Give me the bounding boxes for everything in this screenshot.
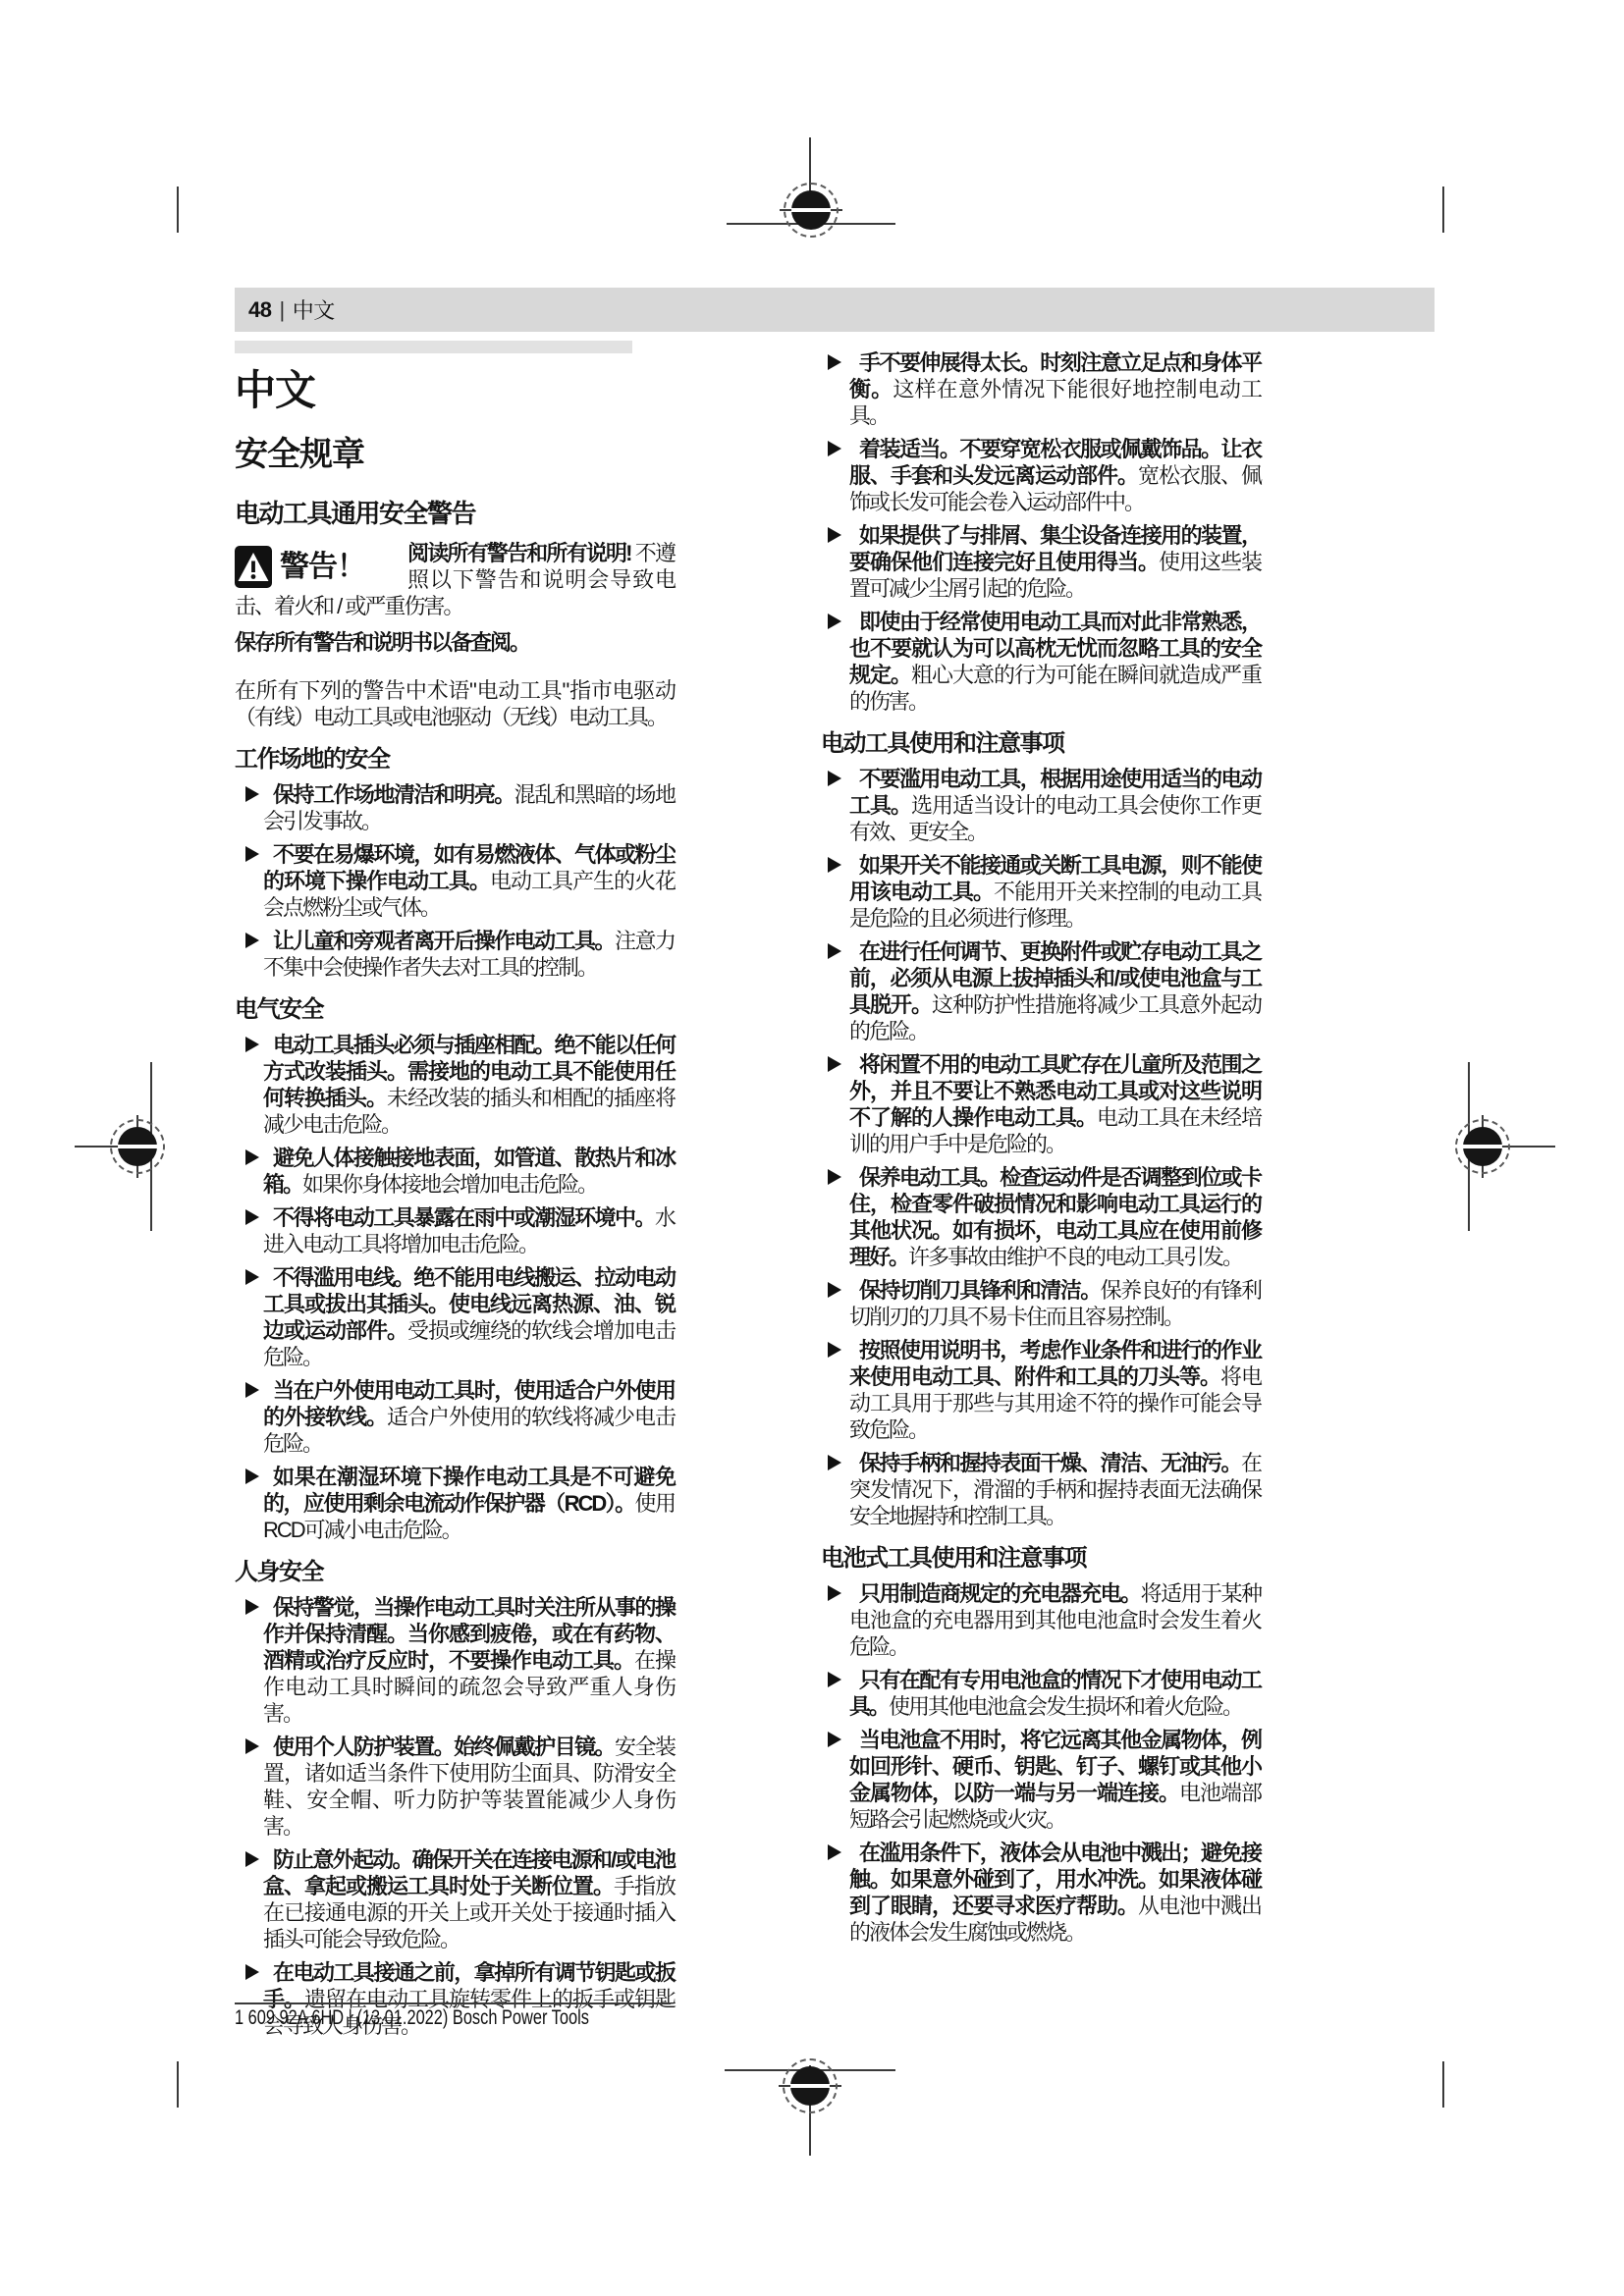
item-bold-text: 保持切削刀具锋利和清洁。: [859, 1278, 1101, 1303]
triangle-right-icon: [828, 441, 841, 456]
warning-text-bold: 阅读所有警告和所有说明!: [407, 541, 630, 565]
item-bold-text: 保持工作场地清洁和明亮。: [273, 782, 514, 807]
safety-bullet-item: 当在户外使用电动工具时，使用适合户外使用的外接软线。适合户外使用的软线将减少电击…: [235, 1377, 675, 1457]
section-title: 安全规章: [235, 434, 675, 475]
header-separator: |: [279, 297, 284, 323]
footer-rule: [235, 2002, 671, 2004]
trim-line-top-right: [1442, 187, 1444, 233]
safety-bullet-item: 即使由于经常使用电动工具而对此非常熟悉，也不要就认为可以高枕无忧而忽略工具的安全…: [821, 609, 1261, 715]
triangle-right-icon: [245, 933, 259, 948]
safety-bullet-item: 当电池盒不用时，将它远离其他金属物体，例如回形针、硬币、钥匙、钉子、螺钉或其他小…: [821, 1727, 1261, 1833]
item-bold-text: 保持警觉，当操作电动工具时关注所从事的操作并保持清醒。当你感到疲倦，或在有药物、…: [263, 1595, 675, 1673]
trim-line-top-left: [177, 187, 179, 233]
safety-bullet-item: 避免人体接触接地表面，如管道、散热片和冰箱。如果你身体接地会增加电击危险。: [235, 1145, 675, 1198]
safety-bullet-item: 保持手柄和握持表面干燥、清洁、无油污。在突发情况下，滑溜的手柄和握持表面无法确保…: [821, 1450, 1261, 1529]
keep-instructions-note: 保存所有警告和说明书以备查阅。: [235, 629, 675, 656]
triangle-right-icon: [828, 1282, 841, 1298]
triangle-right-icon: [245, 1382, 259, 1398]
triangle-right-icon: [828, 1672, 841, 1687]
triangle-right-icon: [245, 1149, 259, 1165]
item-normal-text: 选用适当设计的电动工具会使你工作更有效、更安全。: [849, 793, 1261, 844]
safety-bullet-item: 不要在易爆环境，如有易燃液体、气体或粉尘的环境下操作电动工具。电动工具产生的火花…: [235, 841, 675, 921]
safety-bullet-item: 保持工作场地清洁和明亮。混乱和黑暗的场地会引发事故。: [235, 781, 675, 834]
safety-bullet-item: 只有在配有专用电池盒的情况下才使用电动工具。使用其他电池盒会发生损坏和着火危险。: [821, 1667, 1261, 1720]
subsection-title: 电动工具通用安全警告: [235, 499, 675, 528]
triangle-right-icon: [245, 1964, 259, 1980]
group-heading: 人身安全: [235, 1559, 675, 1586]
triangle-right-icon: [245, 1851, 259, 1867]
triangle-right-icon: [245, 1269, 259, 1285]
safety-bullet-item: 在滥用条件下，液体会从电池中溅出；避免接触。如果意外碰到了，用水冲洗。如果液体碰…: [821, 1840, 1261, 1946]
safety-bullet-item: 电动工具插头必须与插座相配。绝不能以任何方式改装插头。需接地的电动工具不能使用任…: [235, 1032, 675, 1138]
terminology-note: 在所有下列的警告中术语"电动工具"指市电驱动（有线）电动工具或电池驱动（无线）电…: [235, 677, 675, 730]
item-bold-text: 按照使用说明书，考虑作业条件和进行的作业来使用电动工具、附件和工具的刀头等。: [849, 1338, 1261, 1389]
safety-bullet-item: 防止意外起动。确保开关在连接电源和/或电池盒、拿起或搬运工具时处于关断位置。手指…: [235, 1846, 675, 1952]
item-bold-text: 不得将电动工具暴露在雨中或潮湿环境中。: [273, 1205, 655, 1230]
safety-bullet-item: 保养电动工具。检查运动件是否调整到位或卡住，检查零件破损情况和影响电动工具运行的…: [821, 1164, 1261, 1270]
triangle-right-icon: [828, 527, 841, 543]
triangle-right-icon: [828, 943, 841, 959]
item-bold-text: 如果在潮湿环境下操作电动工具是不可避免的，应使用剩余电流动作保护器（RCD）。: [263, 1465, 675, 1516]
item-normal-text: 粗心大意的行为可能在瞬间就造成严重的伤害。: [849, 663, 1261, 714]
item-bold-text: 只用制造商规定的充电器充电。: [859, 1581, 1141, 1606]
triangle-right-icon: [828, 1169, 841, 1185]
warning-badge: 警告！: [235, 540, 407, 593]
warning-callout: 警告！ 阅读所有警告和所有说明! 不遵照以下警告和说明会导致电击、着火和 / 或…: [235, 540, 675, 619]
triangle-right-icon: [245, 1209, 259, 1225]
triangle-right-icon: [245, 1738, 259, 1754]
triangle-right-icon: [245, 786, 259, 802]
safety-bullet-item: 保持切削刀具锋利和清洁。保养良好的有锋利切削刃的刀具不易卡住而且容易控制。: [821, 1277, 1261, 1330]
triangle-right-icon: [245, 1599, 259, 1615]
item-normal-text: 这样在意外情况下能很好地控制电动工具。: [849, 377, 1261, 428]
safety-bullet-item: 着装适当。不要穿宽松衣服或佩戴饰品。让衣服、手套和头发远离运动部件。宽松衣服、佩…: [821, 436, 1261, 515]
item-normal-text: 如果你身体接地会增加电击危险。: [302, 1172, 597, 1197]
safety-bullet-item: 只用制造商规定的充电器充电。将适用于某种电池盒的充电器用到其他电池盒时会发生着火…: [821, 1580, 1261, 1660]
safety-bullet-item: 将闲置不用的电动工具贮存在儿童所及范围之外，并且不要让不熟悉电动工具或对这些说明…: [821, 1051, 1261, 1157]
manual-page: 48 | 中文 中文 安全规章 电动工具通用安全警告 警告！ 阅读所有警告和所有…: [0, 0, 1624, 2296]
triangle-right-icon: [828, 1585, 841, 1601]
safety-bullet-item: 不得滥用电线。绝不能用电线搬运、拉动电动工具或拔出其插头。使电线远离热源、油、锐…: [235, 1264, 675, 1370]
item-bold-text: 让儿童和旁观者离开后操作电动工具。: [273, 929, 615, 953]
item-normal-text: 使用其他电池盒会发生损坏和着火危险。: [889, 1694, 1242, 1719]
triangle-right-icon: [828, 1056, 841, 1072]
safety-bullet-item: 让儿童和旁观者离开后操作电动工具。注意力不集中会使操作者失去对工具的控制。: [235, 928, 675, 981]
language-title: 中文: [235, 365, 675, 416]
group-heading: 工作场地的安全: [235, 746, 675, 774]
running-header: 48 | 中文: [235, 288, 1435, 332]
group-heading: 电气安全: [235, 996, 675, 1024]
safety-bullet-item: 使用个人防护装置。始终佩戴护目镜。安全装置，诸如适当条件下使用防尘面具、防滑安全…: [235, 1734, 675, 1840]
footer-imprint: 1 609 92A 6HD | (13.01.2022) Bosch Power…: [235, 2006, 589, 2030]
item-normal-text: 许多事故由维护不良的电动工具引发。: [908, 1245, 1242, 1269]
trim-line-bottom-left: [177, 2061, 179, 2108]
section-divider-rule: [235, 341, 632, 353]
triangle-right-icon: [828, 1844, 841, 1860]
triangle-right-icon: [828, 1342, 841, 1358]
safety-bullet-item: 保持警觉，当操作电动工具时关注所从事的操作并保持清醒。当你感到疲倦，或在有药物、…: [235, 1594, 675, 1727]
safety-bullet-item: 手不要伸展得太长。时刻注意立足点和身体平衡。这样在意外情况下能很好地控制电动工具…: [821, 349, 1261, 429]
safety-bullet-item: 如果提供了与排屑、集尘设备连接用的装置，要确保他们连接完好且使用得当。使用这些装…: [821, 522, 1261, 602]
triangle-right-icon: [828, 857, 841, 873]
warning-triangle-icon: [235, 546, 272, 588]
triangle-right-icon: [828, 354, 841, 370]
safety-bullet-item: 不得将电动工具暴露在雨中或潮湿环境中。水进入电动工具将增加电击危险。: [235, 1204, 675, 1257]
safety-bullet-item: 如果在潮湿环境下操作电动工具是不可避免的，应使用剩余电流动作保护器（RCD）。使…: [235, 1464, 675, 1543]
safety-bullet-item: 如果开关不能接通或关断工具电源，则不能使用该电动工具。不能用开关来控制的电动工具…: [821, 852, 1261, 932]
header-language: 中文: [293, 294, 335, 325]
right-column: 手不要伸展得太长。时刻注意立足点和身体平衡。这样在意外情况下能很好地控制电动工具…: [821, 349, 1261, 1952]
triangle-right-icon: [245, 1468, 259, 1484]
left-safety-groups: 工作场地的安全保持工作场地清洁和明亮。混乱和黑暗的场地会引发事故。不要在易爆环境…: [235, 746, 675, 2039]
triangle-right-icon: [828, 1732, 841, 1747]
left-column: 中文 安全规章 电动工具通用安全警告 警告！ 阅读所有警告和所有说明! 不遵照以…: [235, 365, 675, 2046]
triangle-right-icon: [245, 1037, 259, 1052]
triangle-right-icon: [828, 1455, 841, 1470]
warning-label: 警告！: [280, 554, 365, 580]
safety-bullet-item: 按照使用说明书，考虑作业条件和进行的作业来使用电动工具、附件和工具的刀头等。将电…: [821, 1337, 1261, 1443]
triangle-right-icon: [245, 846, 259, 862]
group-heading: 电动工具使用和注意事项: [821, 730, 1261, 758]
right-safety-groups: 手不要伸展得太长。时刻注意立足点和身体平衡。这样在意外情况下能很好地控制电动工具…: [821, 349, 1261, 1946]
triangle-right-icon: [828, 771, 841, 786]
safety-bullet-item: 不要滥用电动工具，根据用途使用适当的电动工具。选用适当设计的电动工具会使你工作更…: [821, 766, 1261, 845]
safety-bullet-item: 在进行任何调节、更换附件或贮存电动工具之前，必须从电源上拔掉插头和/或使电池盒与…: [821, 938, 1261, 1044]
trim-line-bottom-right: [1442, 2061, 1444, 2108]
page-number: 48: [248, 297, 271, 323]
triangle-right-icon: [828, 614, 841, 629]
group-heading: 电池式工具使用和注意事项: [821, 1545, 1261, 1573]
item-bold-text: 使用个人防护装置。始终佩戴护目镜。: [273, 1735, 615, 1759]
item-bold-text: 保持手柄和握持表面干燥、清洁、无油污。: [859, 1451, 1241, 1475]
